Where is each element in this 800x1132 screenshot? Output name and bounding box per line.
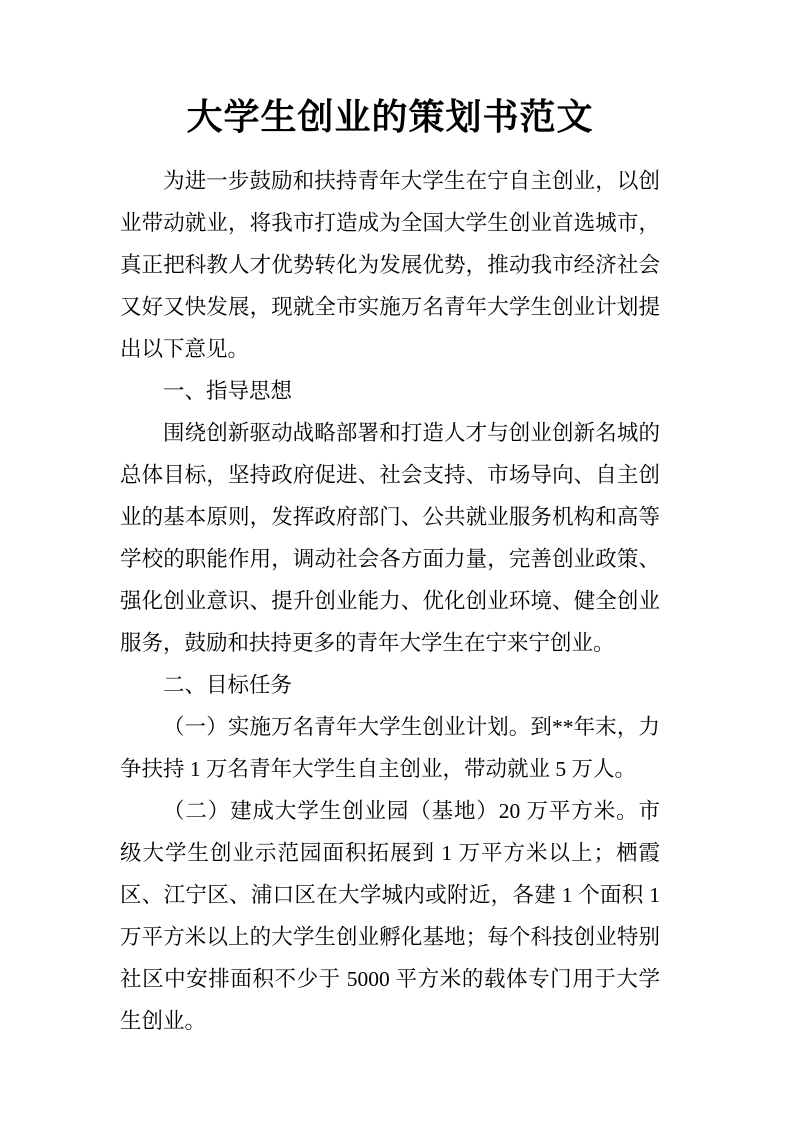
document-title: 大学生创业的策划书范文 bbox=[120, 95, 660, 139]
paragraph-target-task-1: （一）实施万名青年大学生创业计划。到**年末，力争扶持 1 万名青年大学生自主创… bbox=[120, 706, 660, 790]
paragraph-target-task-2: （二）建成大学生创业园（基地）20 万平方米。市级大学生创业示范园面积拓展到 1… bbox=[120, 790, 660, 1042]
paragraph-guiding-ideology: 围绕创新驱动战略部署和打造人才与创业创新名城的总体目标，坚持政府促进、社会支持、… bbox=[120, 412, 660, 664]
paragraph-intro: 为进一步鼓励和扶持青年大学生在宁自主创业，以创业带动就业，将我市打造成为全国大学… bbox=[120, 160, 660, 370]
section-heading-guiding-ideology: 一、指导思想 bbox=[120, 370, 660, 412]
section-heading-target-tasks: 二、目标任务 bbox=[120, 664, 660, 706]
document-page: 大学生创业的策划书范文 为进一步鼓励和扶持青年大学生在宁自主创业，以创业带动就业… bbox=[0, 0, 800, 1132]
